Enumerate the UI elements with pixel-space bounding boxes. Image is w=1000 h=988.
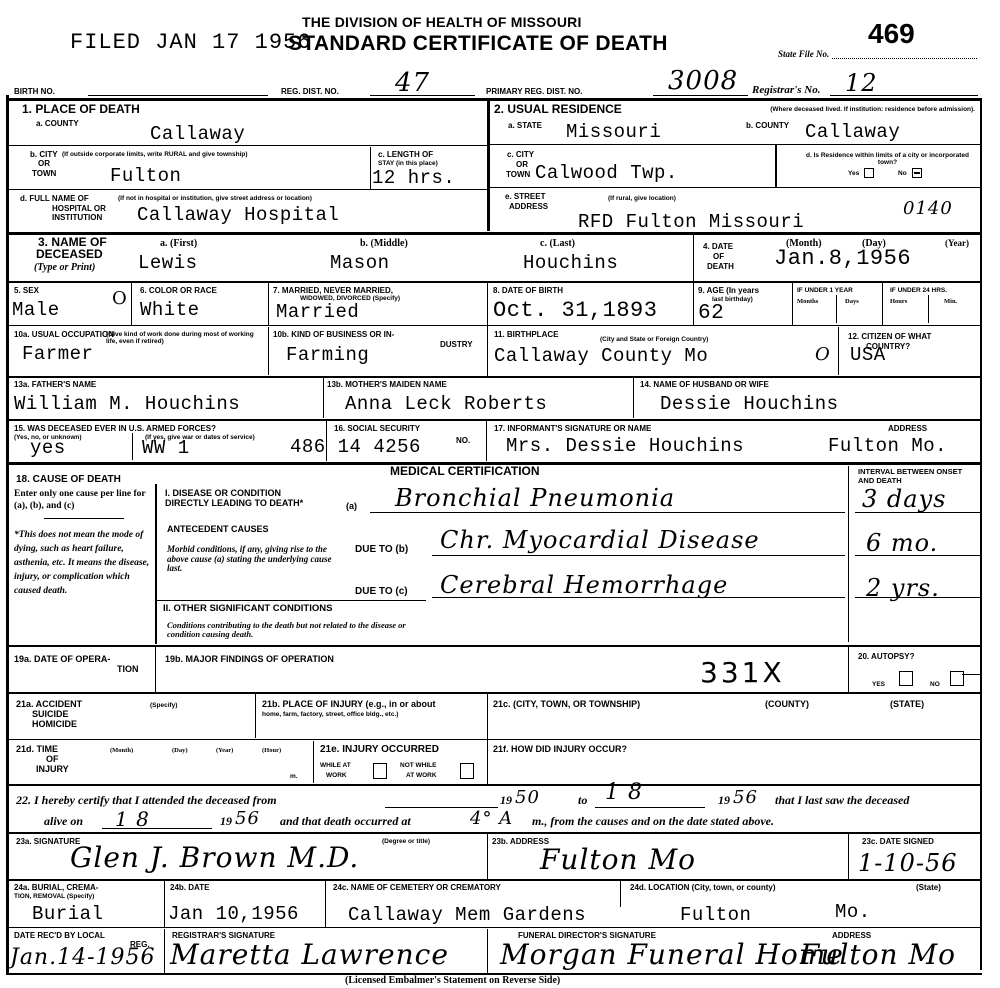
date-of-death-label-2: OF — [713, 252, 724, 261]
sex-label: 5. SEX — [14, 286, 39, 295]
occupation-value: Farmer — [22, 344, 93, 364]
primary-reg-dist-label: PRIMARY REG. DIST. NO. — [486, 87, 582, 96]
date-recd-label: DATE REC'D BY LOCAL — [14, 931, 105, 940]
death-town-label: TOWN — [32, 169, 56, 178]
res-county-value: Callaway — [805, 122, 900, 142]
rule — [370, 512, 845, 513]
father-value: William M. Houchins — [14, 394, 240, 414]
rule — [132, 433, 133, 460]
primary-reg-dist-number: 3008 — [668, 68, 738, 94]
date-signed-label: 23c. DATE SIGNED — [862, 837, 934, 846]
interval-label: INTERVAL BETWEEN ONSET AND DEATH — [858, 468, 978, 485]
death-county-label: a. COUNTY — [36, 119, 79, 128]
rule — [8, 692, 982, 694]
hospital-value: Callaway Hospital — [137, 205, 339, 225]
section-1-2-divider — [487, 101, 490, 231]
antecedent-label: ANTECEDENT CAUSES — [167, 525, 269, 534]
race-value: White — [140, 300, 200, 320]
rule — [693, 235, 694, 281]
code-value: 331X — [700, 656, 785, 689]
mother-label: 13b. MOTHER'S MAIDEN NAME — [327, 381, 447, 388]
rule — [325, 881, 326, 927]
hours-label: Hours — [890, 298, 907, 305]
citizen-value: USA — [850, 345, 886, 365]
injury-city-label: 21c. (CITY, TOWN, OR TOWNSHIP) — [493, 700, 640, 709]
informant-address-value: Fulton Mo. — [828, 436, 947, 456]
rule — [848, 834, 849, 879]
cause-a-value: Bronchial Pneumonia — [395, 485, 675, 511]
rule — [8, 927, 982, 928]
rule — [633, 378, 634, 418]
alive-year-prefix: 19 — [220, 816, 232, 827]
burial-type-label-2: TION, REMOVAL (Specify) — [14, 893, 94, 900]
rule — [486, 421, 487, 461]
marital-value: Married — [276, 302, 359, 322]
rule — [928, 295, 929, 323]
injury-day-label: (Day) — [172, 747, 188, 754]
injury-m-label: m. — [290, 773, 298, 780]
hospital-label: d. FULL NAME OF — [20, 194, 89, 203]
ssn-label: 16. SOCIAL SECURITY — [334, 424, 420, 433]
rule — [8, 145, 488, 146]
res-city-label: c. CITY — [507, 150, 534, 159]
injury-state-label: (STATE) — [890, 700, 924, 709]
stay-label-2: STAY (in this place) — [378, 160, 438, 167]
res-street-note: (If rural, give location) — [608, 195, 676, 202]
injury-year-label: (Year) — [216, 747, 233, 754]
mother-value: Anna Leck Roberts — [345, 394, 547, 414]
place-of-death-label: 1. PLACE OF DEATH — [22, 104, 140, 115]
rule — [8, 739, 982, 740]
cause-a-label: (a) — [346, 502, 357, 511]
from-year-value: 50 — [515, 785, 540, 811]
spouse-value: Dessie Houchins — [660, 394, 839, 414]
rule — [487, 929, 488, 973]
birthplace-note: (City and State or Foreign Country) — [600, 336, 708, 343]
burial-state-value: Mo. — [835, 902, 871, 922]
sex-code: O — [112, 286, 128, 312]
physician-signature: Glen J. Brown M.D. — [70, 845, 359, 871]
middle-name-value: Mason — [330, 253, 390, 273]
rule — [8, 189, 488, 190]
rule — [8, 325, 982, 326]
to-date-value: 1 8 — [605, 780, 643, 806]
informant-address-label: ADDRESS — [888, 424, 927, 433]
first-name-value: Lewis — [138, 253, 198, 273]
date-of-death-value: Jan.8,1956 — [774, 249, 911, 269]
cause-of-death-note: Enter only one cause per line for (a), (… — [14, 488, 154, 512]
not-while-at-work-checkbox[interactable] — [460, 763, 474, 779]
certificate-title: STANDARD CERTIFICATE OF DEATH — [288, 32, 668, 56]
birth-no-line — [88, 95, 268, 96]
rule — [792, 283, 793, 325]
burial-location-label: 24d. LOCATION (City, town, or county) — [630, 883, 775, 892]
footer-note: (Licensed Embalmer's Statement on Revers… — [345, 975, 560, 986]
interval-b-value: 6 mo. — [866, 530, 938, 556]
rule — [8, 419, 982, 421]
dob-value: Oct. 31,1893 — [493, 301, 657, 321]
to-label: to — [578, 795, 587, 806]
filed-stamp: FILED JAN 17 1956 — [70, 30, 311, 55]
death-city-note: (If outside corporate limits, write RURA… — [62, 151, 248, 158]
war-value: WW 1 — [142, 438, 190, 458]
rule — [268, 283, 269, 325]
injury-specify-label: (Specify) — [150, 702, 177, 709]
burial-type-value: Burial — [32, 904, 103, 924]
last-name-label: c. (Last) — [540, 238, 575, 249]
rule — [432, 555, 845, 556]
res-street-value: RFD Fulton Missouri — [578, 212, 804, 232]
autopsy-yes-label: YES — [872, 681, 885, 688]
dod-year-label: (Year) — [945, 238, 969, 249]
middle-name-label: b. (Middle) — [360, 238, 408, 249]
informant-label: 17. INFORMANT'S SIGNATURE OR NAME — [494, 424, 651, 433]
business-label: 10b. KIND OF BUSINESS OR IN- — [273, 330, 394, 339]
city-limits-question: d. Is Residence within limits of a city … — [800, 152, 975, 166]
rule — [313, 741, 314, 783]
injury-county-label: (COUNTY) — [765, 700, 809, 709]
usual-residence-note: (Where deceased lived. If institution: r… — [670, 106, 975, 113]
funeral-director-signature: Morgan Funeral Home — [500, 942, 844, 968]
rule — [693, 283, 694, 325]
rule — [8, 281, 982, 283]
rule — [155, 647, 156, 692]
injury-month-label: (Month) — [110, 747, 133, 754]
rule — [8, 832, 982, 834]
alive-year-value: 56 — [235, 806, 260, 832]
city-limits-yes-checkbox[interactable] — [864, 168, 874, 178]
informant-value: Mrs. Dessie Houchins — [506, 436, 744, 456]
cause-c-value: Cerebral Hemorrhage — [440, 572, 728, 598]
res-street-label: e. STREET — [505, 192, 545, 201]
injury-type-label-2: SUICIDE — [32, 710, 69, 719]
physician-address-value: Fulton Mo — [540, 847, 696, 873]
rule — [44, 518, 124, 519]
at-work-label: AT WORK — [406, 772, 437, 779]
rule — [490, 187, 980, 188]
certify-text-2: that I last saw the deceased — [775, 795, 909, 806]
cemetery-value: Callaway Mem Gardens — [348, 905, 586, 925]
degree-label: (Degree or title) — [382, 838, 430, 845]
res-city-value: Calwood Twp. — [535, 163, 678, 183]
rule — [962, 674, 980, 675]
birthplace-value: Callaway County Mo — [494, 346, 708, 366]
rule — [490, 144, 980, 145]
operation-date-label: 19a. DATE OF OPERA- — [14, 655, 110, 664]
state-file-label: State File No. — [778, 49, 829, 59]
rule — [370, 147, 371, 189]
while-at-label: WHILE AT — [320, 762, 351, 769]
min-label: Min. — [944, 298, 957, 305]
antecedent-note: Morbid conditions, if any, giving rise t… — [167, 545, 347, 574]
cause-footnote: *This does not mean the mode of dying, s… — [14, 528, 154, 598]
rule — [848, 466, 849, 642]
city-limits-no-checkbox[interactable] — [912, 168, 922, 178]
under-24-hrs-label: IF UNDER 24 HRS. — [890, 287, 947, 294]
cause-of-death-label: 18. CAUSE OF DEATH — [16, 474, 121, 485]
interval-c-value: 2 yrs. — [866, 575, 940, 601]
death-time-value: 4° A — [470, 806, 513, 832]
ssn-value: 486 14 4256 — [290, 437, 421, 457]
deceased-name-label-3: (Type or Print) — [34, 262, 95, 273]
injury-hour-label: (Hour) — [262, 747, 281, 754]
business-label-2: DUSTRY — [440, 340, 473, 349]
first-name-label: a. (First) — [160, 238, 197, 249]
registrar-no-label: Registrar's No. — [752, 85, 820, 96]
disease-label-2: DIRECTLY LEADING TO DEATH* — [165, 499, 303, 508]
injury-time-label-2: OF — [46, 755, 59, 764]
how-injury-label: 21f. HOW DID INJURY OCCUR? — [493, 745, 627, 754]
to-year-value: 56 — [733, 785, 758, 811]
res-town-label: TOWN — [506, 170, 530, 179]
rule — [838, 327, 839, 375]
death-city-or: OR — [38, 159, 50, 168]
rule — [164, 929, 165, 973]
rule — [323, 378, 324, 418]
rule — [268, 327, 269, 375]
to-year-prefix: 19 — [718, 795, 730, 806]
res-state-value: Missouri — [566, 122, 661, 142]
injury-type-label-3: HOMICIDE — [32, 720, 77, 729]
from-year-prefix: 19 — [500, 795, 512, 806]
date-of-death-label: 4. DATE — [703, 242, 733, 251]
cemetery-label: 24c. NAME OF CEMETERY OR CREMATORY — [333, 883, 501, 892]
rule — [131, 283, 132, 325]
autopsy-no-label: NO — [930, 681, 940, 688]
dob-label: 8. DATE OF BIRTH — [493, 286, 563, 295]
occupation-label: 10a. USUAL OCCUPATION — [14, 330, 114, 339]
hospital-label-3: INSTITUTION — [52, 213, 102, 222]
rule — [8, 784, 982, 786]
deceased-name-label-2: DECEASED — [36, 249, 103, 260]
death-county-value: Callaway — [150, 124, 245, 144]
sex-value: Male — [12, 300, 60, 320]
burial-type-label: 24a. BURIAL, CREMA- — [14, 883, 98, 892]
registrar-signature: Maretta Lawrence — [170, 942, 449, 968]
operation-date-label-2: TION — [117, 665, 139, 674]
death-occurred-label: and that death occurred at — [280, 816, 411, 827]
business-value: Farming — [286, 345, 369, 365]
injury-time-label-3: INJURY — [36, 765, 69, 774]
left-border — [6, 95, 9, 975]
rule — [6, 232, 982, 235]
rule — [848, 647, 849, 692]
stay-label: c. LENGTH OF — [378, 150, 433, 159]
months-label: Months — [797, 298, 818, 305]
city-limits-yes-label: Yes — [848, 170, 859, 177]
death-city-label: b. CITY — [30, 150, 58, 159]
rule — [620, 881, 621, 907]
death-city-value: Fulton — [110, 166, 181, 186]
date-signed-value: 1-10-56 — [858, 850, 958, 876]
rule — [255, 694, 256, 738]
rule — [156, 600, 426, 601]
city-limits-no-label: No — [898, 170, 907, 177]
certify-text-1: 22. I hereby certify that I attended the… — [16, 795, 277, 806]
injury-place-note: home, farm, factory, street, office bldg… — [262, 711, 398, 718]
header-rule — [6, 98, 982, 101]
agency-title: THE DIVISION OF HEALTH OF MISSOURI — [302, 14, 582, 30]
rule — [487, 283, 488, 377]
injury-time-label: 21d. TIME — [16, 745, 58, 754]
race-label: 6. COLOR OR RACE — [140, 286, 217, 295]
autopsy-label: 20. AUTOPSY? — [858, 652, 914, 661]
spouse-label: 14. NAME OF HUSBAND OR WIFE — [640, 381, 769, 388]
certify-text-3: m., from the causes and on the date stat… — [532, 816, 774, 827]
cause-b-value: Chr. Myocardial Disease — [440, 527, 760, 553]
not-while-label: NOT WHILE — [400, 762, 436, 769]
disease-label: I. DISEASE OR CONDITION — [165, 489, 281, 498]
injury-type-label: 21a. ACCIDENT — [16, 700, 82, 709]
birthplace-code: O — [815, 342, 831, 368]
age-value: 62 — [698, 304, 724, 324]
armed-forces-value: yes — [30, 438, 66, 458]
age-label: 9. AGE (In years — [698, 286, 759, 295]
stay-value: 12 hrs. — [372, 168, 455, 188]
interval-a-value: 3 days — [862, 486, 946, 512]
rule — [164, 881, 165, 927]
res-state-label: a. STATE — [508, 121, 542, 130]
under-1-year-label: IF UNDER 1 YEAR — [797, 287, 853, 294]
rule — [155, 484, 157, 644]
state-file-number: 469 — [868, 18, 915, 50]
reg-dist-label: REG. DIST. NO. — [281, 87, 339, 96]
usual-residence-label: 2. USUAL RESIDENCE — [494, 104, 622, 115]
rule — [775, 145, 777, 187]
res-code-note: 0140 — [903, 196, 953, 222]
marital-label: 7. MARRIED, NEVER MARRIED, — [273, 286, 393, 295]
days-label: Days — [845, 298, 859, 305]
last-name-value: Houchins — [523, 253, 618, 273]
date-recd-value: Jan.14-1956 — [10, 945, 156, 971]
operation-findings-label: 19b. MAJOR FINDINGS OF OPERATION — [165, 655, 334, 664]
alive-on-label: alive on — [44, 816, 83, 827]
other-conditions-note: Conditions contributing to the death but… — [167, 621, 417, 639]
autopsy-yes-checkbox[interactable] — [899, 671, 913, 686]
hospital-note: (If not in hospital or institution, give… — [118, 195, 312, 202]
due-to-b-label: DUE TO (b) — [355, 545, 408, 554]
while-at-work-checkbox[interactable] — [373, 763, 387, 779]
registrar-number: 12 — [845, 70, 878, 96]
other-conditions-label: II. OTHER SIGNIFICANT CONDITIONS — [163, 604, 332, 613]
rule — [8, 879, 982, 881]
work-label: WORK — [326, 772, 347, 779]
state-file-line — [832, 58, 977, 59]
alive-date-value: 1 8 — [115, 806, 150, 832]
date-of-death-label-3: DEATH — [707, 262, 734, 271]
burial-state-label: (State) — [916, 883, 941, 892]
res-address-label: ADDRESS — [509, 202, 548, 211]
due-to-c-label: DUE TO (c) — [355, 587, 408, 596]
injury-occurred-label: 21e. INJURY OCCURRED — [320, 745, 439, 754]
citizen-label: 12. CITIZEN OF WHAT — [848, 332, 931, 341]
birthplace-label: 11. BIRTHPLACE — [494, 330, 558, 339]
rule — [487, 834, 488, 879]
reg-dist-number: 47 — [395, 70, 430, 96]
occupation-note: (Give kind of work done during most of w… — [106, 331, 266, 345]
funeral-address-value: Fulton Mo — [800, 942, 956, 968]
right-border — [980, 100, 982, 970]
injury-place-label: 21b. PLACE OF INJURY (e.g., in or about — [262, 700, 436, 709]
burial-date-value: Jan 10,1956 — [168, 904, 299, 924]
ssn-label-2: NO. — [456, 436, 470, 445]
res-city-or: OR — [516, 160, 528, 169]
birth-no-label: BIRTH NO. — [14, 87, 55, 96]
father-label: 13a. FATHER'S NAME — [14, 381, 96, 388]
hospital-label-2: HOSPITAL OR — [52, 204, 106, 213]
res-county-label: b. COUNTY — [746, 121, 789, 130]
rule — [882, 283, 883, 325]
medical-certification-title: MEDICAL CERTIFICATION — [390, 466, 540, 477]
burial-date-label: 24b. DATE — [170, 883, 209, 892]
rule — [595, 807, 705, 808]
armed-forces-label: 15. WAS DECEASED EVER IN U.S. ARMED FORC… — [14, 424, 216, 433]
rule — [8, 376, 982, 378]
burial-location-value: Fulton — [680, 905, 751, 925]
rule — [836, 295, 837, 323]
